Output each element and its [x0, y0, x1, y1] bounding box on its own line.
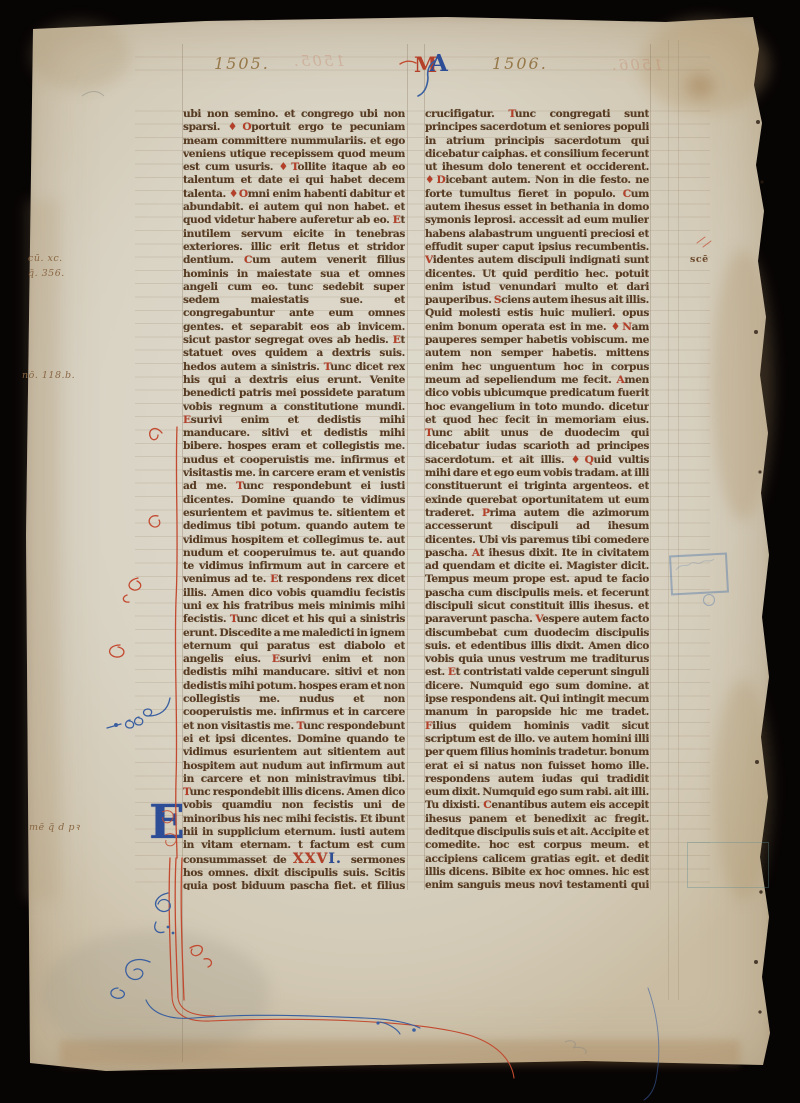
collector-stamp-circle [703, 594, 715, 606]
text-segment: E [183, 414, 191, 426]
text-segment: E [270, 573, 278, 585]
chapter-numeral: XXV [293, 851, 329, 867]
bleedthrough-folio-right: 1506. [610, 56, 663, 74]
drop-cap-initial: E [149, 797, 185, 849]
text-segment: ♦O [228, 121, 252, 133]
margin-note-left-1: cū. xc. [28, 253, 63, 264]
text-segment: P [482, 507, 490, 519]
running-title-letter-a: A [430, 50, 448, 77]
text-segment: ♦D [425, 174, 445, 186]
margin-note-left-3: nō. 118.b. [22, 370, 75, 381]
text-segment: C [623, 188, 631, 200]
bleedthrough-folio-left: 1505. [292, 52, 345, 70]
text-segment: ♦O [229, 188, 248, 200]
text-segment: ♦Q [571, 454, 594, 466]
text-segment: ♦N [611, 321, 632, 333]
text-segment: crucifigatur. [425, 108, 508, 120]
text-segment: unc respondebunt ei iusti dicentes. Domi… [183, 480, 405, 585]
manuscript-leaf-photo: 1505. 1505. M A 1506. 1506. ubi non semi… [0, 0, 800, 1103]
text-segment: um autem venerit filius hominis in maies… [183, 254, 405, 346]
text-column-left: ubi non semino. et congrego ubi non spar… [183, 108, 405, 890]
margin-note-left-4: mē q̃ d pꝛ [29, 820, 80, 833]
text-segment: V [425, 254, 433, 266]
text-segment: icebant autem. Non in die festo. ne fort… [425, 174, 649, 199]
text-segment: ilius quidem hominis vadit sicut scriptu… [425, 720, 649, 812]
text-segment: enantibus autem eis accepit ihesus panem… [425, 799, 649, 890]
text-segment: ♦T [279, 161, 298, 173]
text-segment: C [244, 254, 252, 266]
text-segment: E [448, 666, 456, 678]
text-column-right: crucifigatur. Tunc congregati sunt princ… [425, 108, 649, 890]
chapter-numeral: I. [328, 851, 350, 867]
text-segment: t contristati valde ceperunt singuli dic… [425, 666, 649, 718]
collector-stamp-box [669, 553, 729, 596]
folio-number-right: 1506. [492, 54, 548, 73]
margin-note-right-1: scē [690, 254, 709, 265]
text-segment: A [472, 547, 480, 559]
margin-note-left-2: q̃. 356. [28, 268, 65, 279]
text-segment: E [272, 653, 280, 665]
folio-number-left: 1505. [214, 54, 270, 73]
inventory-rectangle-mark [687, 842, 769, 888]
